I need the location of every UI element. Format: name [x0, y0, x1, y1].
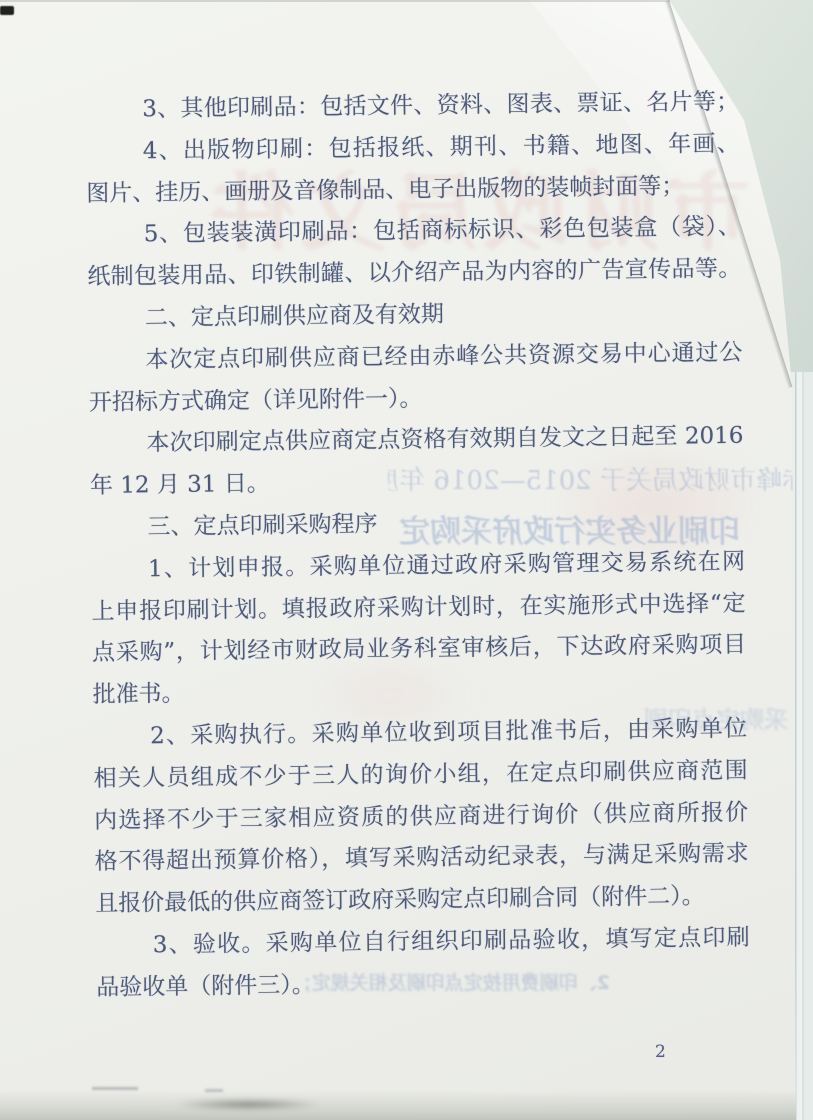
text-column: 3、其他印刷品：包括文件、资料、图表、票证、名片等；4、出版物印刷：包括报纸、期… — [85, 82, 751, 1010]
text-line: 纸制包装用品、印铁制罐、以介绍产品为内容的广告宣传品等。 — [87, 249, 741, 299]
text-line: 点采购”，计划经市财政局业务科室审核后，下达政府采购项目 — [92, 625, 746, 675]
text-line: 本次定点印刷供应商已经由赤峰公共资源交易中心通过公 — [88, 333, 742, 383]
text-line: 本次印刷定点供应商定点资格有效期自发文之日起至 2016 — [89, 416, 743, 466]
page-number: 2 — [655, 1042, 666, 1062]
top-edge-line — [0, 0, 670, 2]
text-line: 品验收单（附件三）。 — [96, 959, 750, 1009]
bottom-shadow — [0, 1090, 796, 1120]
corner-mark — [0, 6, 14, 15]
paper-sheet: 市财政局文件 赤峰市财政局关于 2015—2016 年度市 印刷业务实行政府采购… — [0, 0, 813, 1120]
text-line: 3、验收。采购单位自行组织印刷品验收，填写定点印刷 — [96, 918, 750, 968]
scanned-document-page: { "document": { "lines": [ {"text": "3、其… — [0, 0, 813, 1120]
